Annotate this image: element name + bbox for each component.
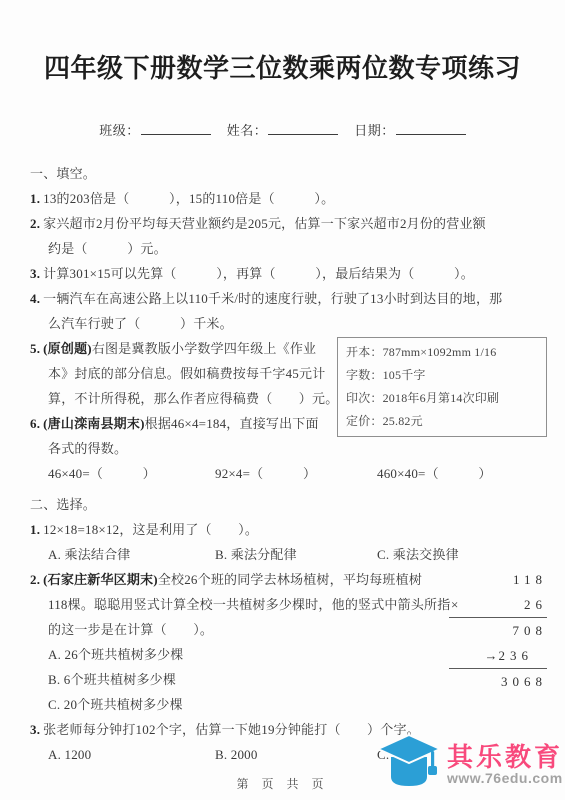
- s2-q1-line: 1.12×18=18×12，这是利用了（ ）。: [30, 517, 547, 542]
- brand-name: 其乐教育: [447, 744, 563, 771]
- name-label: 姓名：: [227, 123, 268, 138]
- q-source-tag: (石家庄新华区期末): [43, 572, 158, 587]
- brand-url: www.76edu.com: [447, 771, 563, 786]
- option-a: A. 1200: [48, 742, 215, 767]
- s1-q6-line1: 6.(唐山滦南县期末)根据46×4=184，直接写出下面: [30, 411, 337, 436]
- arrow-icon: →: [485, 648, 498, 663]
- book-info-wordcount: 字数：105千字: [346, 364, 538, 387]
- option-b: B. 2000: [215, 742, 377, 767]
- vm-multiplier: 26: [524, 592, 547, 617]
- s1-q3-line: 3.计算301×15可以先算（ ），再算（ ），最后结果为（ ）。: [30, 261, 547, 286]
- s1-q2-line1: 2.家兴超市2月份平均每天营业额约是205元，估算一下家兴超市2月份的营业额: [30, 211, 547, 236]
- q-number: 1.: [30, 191, 40, 206]
- page-title: 四年级下册数学三位数乘两位数专项练习: [0, 48, 565, 85]
- s2-q2-line2: 118棵。聪聪用竖式计算全校一共植树多少棵时，他的竖式中箭头所指: [30, 592, 449, 617]
- q-text: 家兴超市2月份平均每天营业额约是205元，估算一下家兴超市2月份的营业额: [43, 216, 486, 231]
- student-info-line: 班级：姓名：日期：: [0, 120, 565, 139]
- q-number: 2.: [30, 572, 40, 587]
- q-text: 全校26个班的同学去林场植树，平均每班植树: [158, 572, 422, 587]
- s2-q2-option-c: C. 20个班共植树多少棵: [30, 692, 449, 717]
- s1-q4-line2: 么汽车行驶了（ ）千米。: [30, 311, 547, 336]
- q6-item-2: 92×4=（ ）: [215, 461, 377, 486]
- q-text: 根据46×4=184，直接写出下面: [145, 416, 319, 431]
- q-source-tag: (原创题): [43, 341, 92, 356]
- publisher-logo: 其乐教育 www.76edu.com: [376, 733, 563, 796]
- class-label: 班级：: [99, 123, 140, 138]
- vm-partial-product-2-row: →236: [449, 643, 547, 668]
- logo-text-block: 其乐教育 www.76edu.com: [447, 744, 563, 786]
- class-blank-field: [141, 121, 211, 135]
- q-number: 5.: [30, 341, 40, 356]
- option-b: B. 乘法分配律: [215, 542, 377, 567]
- s2-q2-line3: 的这一步是在计算（ ）。: [30, 617, 449, 642]
- vm-multiplier-row: ×26: [449, 592, 547, 618]
- s1-q1-line: 1.13的203倍是（ ），15的110倍是（ ）。: [30, 186, 547, 211]
- worksheet-body: 一、填空。 1.13的203倍是（ ），15的110倍是（ ）。 2.家兴超市2…: [30, 161, 547, 767]
- q2-with-vertical-multiplication: 2.(石家庄新华区期末)全校26个班的同学去林场植树，平均每班植树 118棵。聪…: [30, 567, 547, 717]
- q-text: 计算301×15可以先算（ ），再算（ ），最后结果为（ ）。: [43, 266, 474, 281]
- s1-q5-line2: 本》封底的部分信息。假如稿费按每千字45元计: [30, 361, 337, 386]
- option-c: C. 乘法交换律: [377, 542, 459, 567]
- s2-q1-options-row: A. 乘法结合律B. 乘法分配律C. 乘法交换律: [30, 542, 547, 567]
- vertical-multiplication: 118 ×26 708 →236 3068: [449, 567, 547, 694]
- q-number: 2.: [30, 216, 40, 231]
- s1-q6-answers-row: 46×40=（ ）92×4=（ ）460×40=（ ）: [30, 461, 547, 486]
- q5-q6-with-bookinfo: 5.(原创题)右图是冀教版小学数学四年级上《作业 本》封底的部分信息。假如稿费按…: [30, 336, 547, 461]
- section2-heading: 二、选择。: [30, 492, 547, 517]
- graduation-cap-icon: [376, 733, 442, 796]
- q-source-tag: (唐山滦南县期末): [43, 416, 144, 431]
- book-info-format: 开本：787mm×1092mm 1/16: [346, 341, 538, 364]
- book-info-price: 定价：25.82元: [346, 410, 538, 433]
- vm-multiplicand: 118: [449, 567, 547, 592]
- q-text: 右图是冀教版小学数学四年级上《作业: [92, 341, 316, 356]
- q-number: 4.: [30, 291, 40, 306]
- q-number: 3.: [30, 266, 40, 281]
- worksheet-page: 四年级下册数学三位数乘两位数专项练习 班级：姓名：日期： 一、填空。 1.13的…: [0, 0, 565, 800]
- q6-item-1: 46×40=（ ）: [48, 461, 215, 486]
- q-text: 13的203倍是（ ），15的110倍是（ ）。: [43, 191, 334, 206]
- name-blank-field: [268, 121, 338, 135]
- section1-heading: 一、填空。: [30, 161, 547, 186]
- vm-partial-product-2: 236: [499, 648, 534, 663]
- s2-q2-option-a: A. 26个班共植树多少棵: [30, 642, 449, 667]
- s1-q6-line2: 各式的得数。: [30, 436, 337, 461]
- option-a: A. 乘法结合律: [48, 542, 215, 567]
- s1-q5-line1: 5.(原创题)右图是冀教版小学数学四年级上《作业: [30, 336, 337, 361]
- s2-q2-option-b: B. 6个班共植树多少棵: [30, 667, 449, 692]
- q-text: 一辆汽车在高速公路上以110千米/时的速度行驶，行驶了13小时到达目的地，那: [43, 291, 502, 306]
- date-label: 日期：: [354, 123, 395, 138]
- q5-q6-text-column: 5.(原创题)右图是冀教版小学数学四年级上《作业 本》封底的部分信息。假如稿费按…: [30, 336, 337, 461]
- multiply-sign: ×: [451, 592, 458, 617]
- s2-q2-text-column: 2.(石家庄新华区期末)全校26个班的同学去林场植树，平均每班植树 118棵。聪…: [30, 567, 449, 717]
- s1-q5-line3: 算，不计所得税，那么作者应得稿费（ ）元。: [30, 386, 337, 411]
- q-text: 张老师每分钟打102个字，估算一下她19分钟能打（ ）个字。: [43, 722, 420, 737]
- q-number: 3.: [30, 722, 40, 737]
- vm-product: 3068: [449, 668, 547, 694]
- vm-partial-product-1: 708: [449, 618, 547, 643]
- s1-q2-line2: 约是（ ）元。: [30, 236, 547, 261]
- book-info-printing: 印次：2018年6月第14次印刷: [346, 387, 538, 410]
- book-info-box: 开本：787mm×1092mm 1/16 字数：105千字 印次：2018年6月…: [337, 337, 547, 437]
- date-blank-field: [396, 121, 466, 135]
- s2-q2-line1: 2.(石家庄新华区期末)全校26个班的同学去林场植树，平均每班植树: [30, 567, 449, 592]
- s1-q4-line1: 4.一辆汽车在高速公路上以110千米/时的速度行驶，行驶了13小时到达目的地，那: [30, 286, 547, 311]
- q6-item-3: 460×40=（ ）: [377, 461, 492, 486]
- q-number: 6.: [30, 416, 40, 431]
- q-number: 1.: [30, 522, 40, 537]
- q-text: 12×18=18×12，这是利用了（ ）。: [43, 522, 258, 537]
